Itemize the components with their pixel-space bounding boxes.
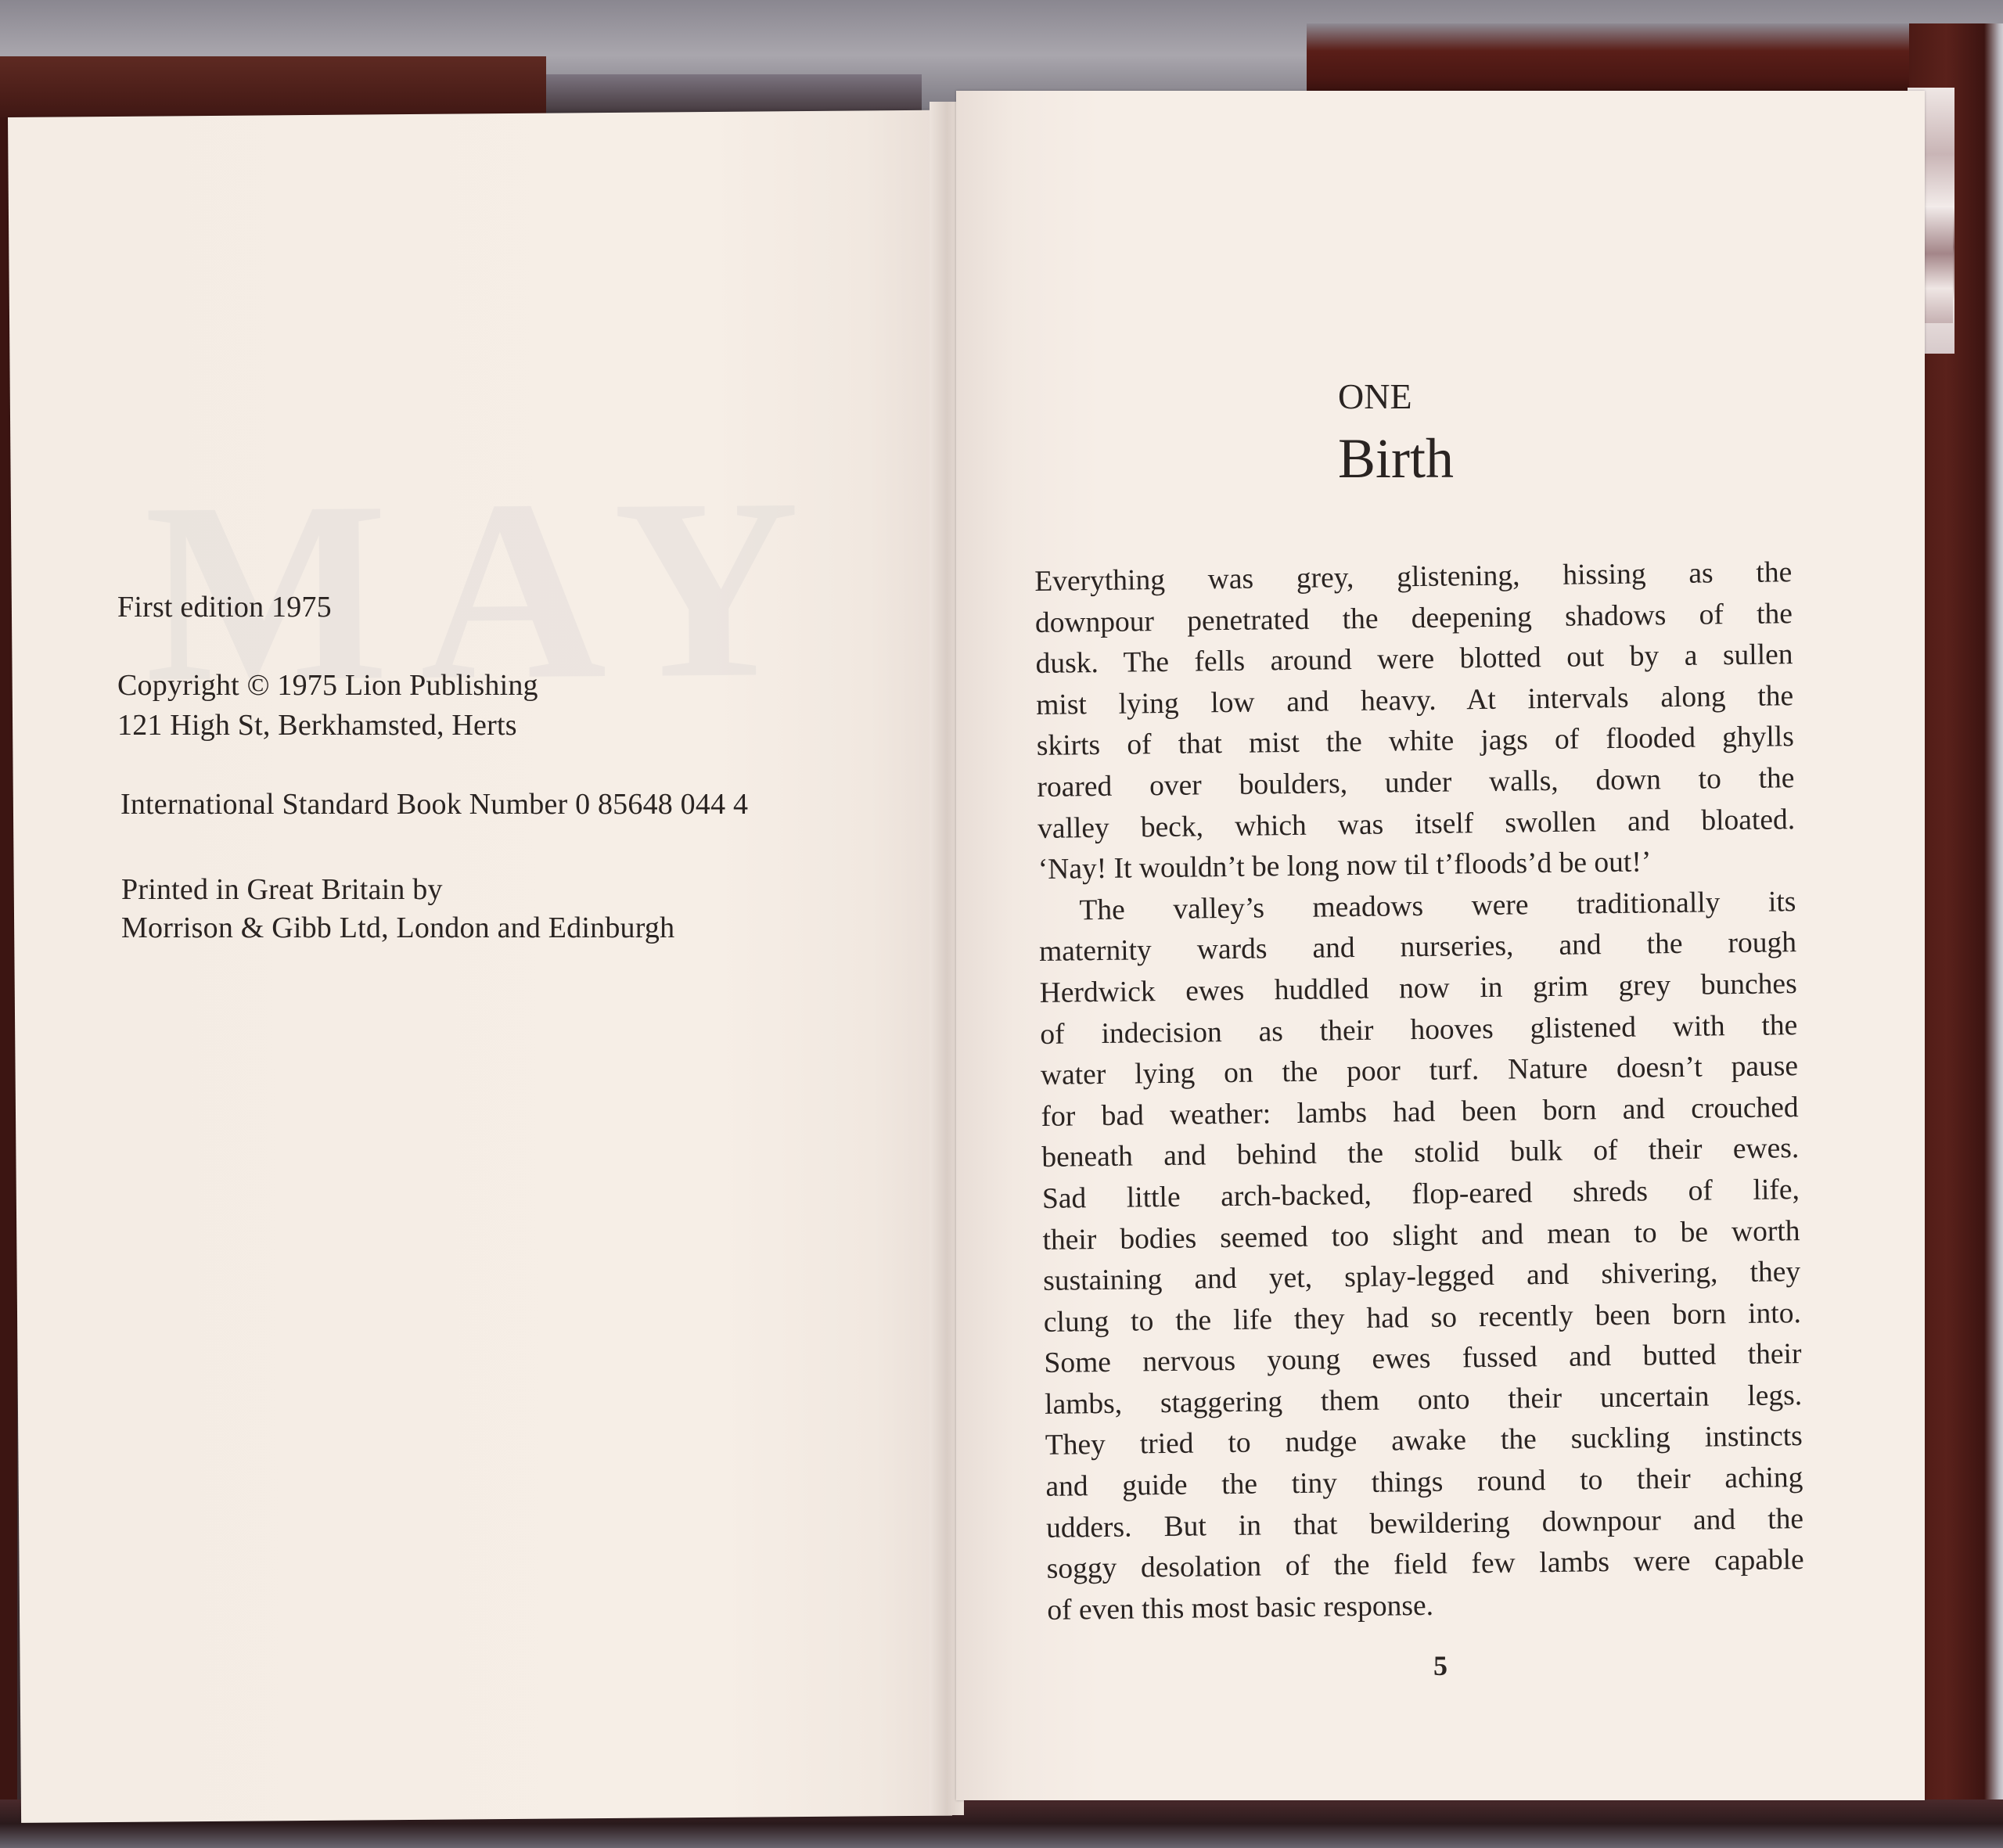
body-line: of even this most basic response. [1047, 1581, 1805, 1631]
printer-line-2: Morrison & Gibb Ltd, London and Edinburg… [121, 913, 674, 943]
isbn-line: International Standard Book Number 0 856… [120, 789, 748, 819]
chapter-body: Everything was grey, glistening, hissing… [1034, 562, 2003, 1631]
chapter-title: Birth [1338, 426, 1454, 491]
printer-line-1: Printed in Great Britain by [121, 875, 443, 904]
page-number: 5 [1433, 1649, 1447, 1682]
book-cover-top-right [1307, 23, 1995, 102]
edition-line: First edition 1975 [117, 592, 332, 622]
publisher-address: 121 High St, Berkhamsted, Herts [117, 710, 517, 740]
left-page: MAY [8, 110, 952, 1823]
copyright-line: Copyright © 1975 Lion Publishing [117, 671, 538, 700]
chapter-number: ONE [1338, 376, 1412, 417]
